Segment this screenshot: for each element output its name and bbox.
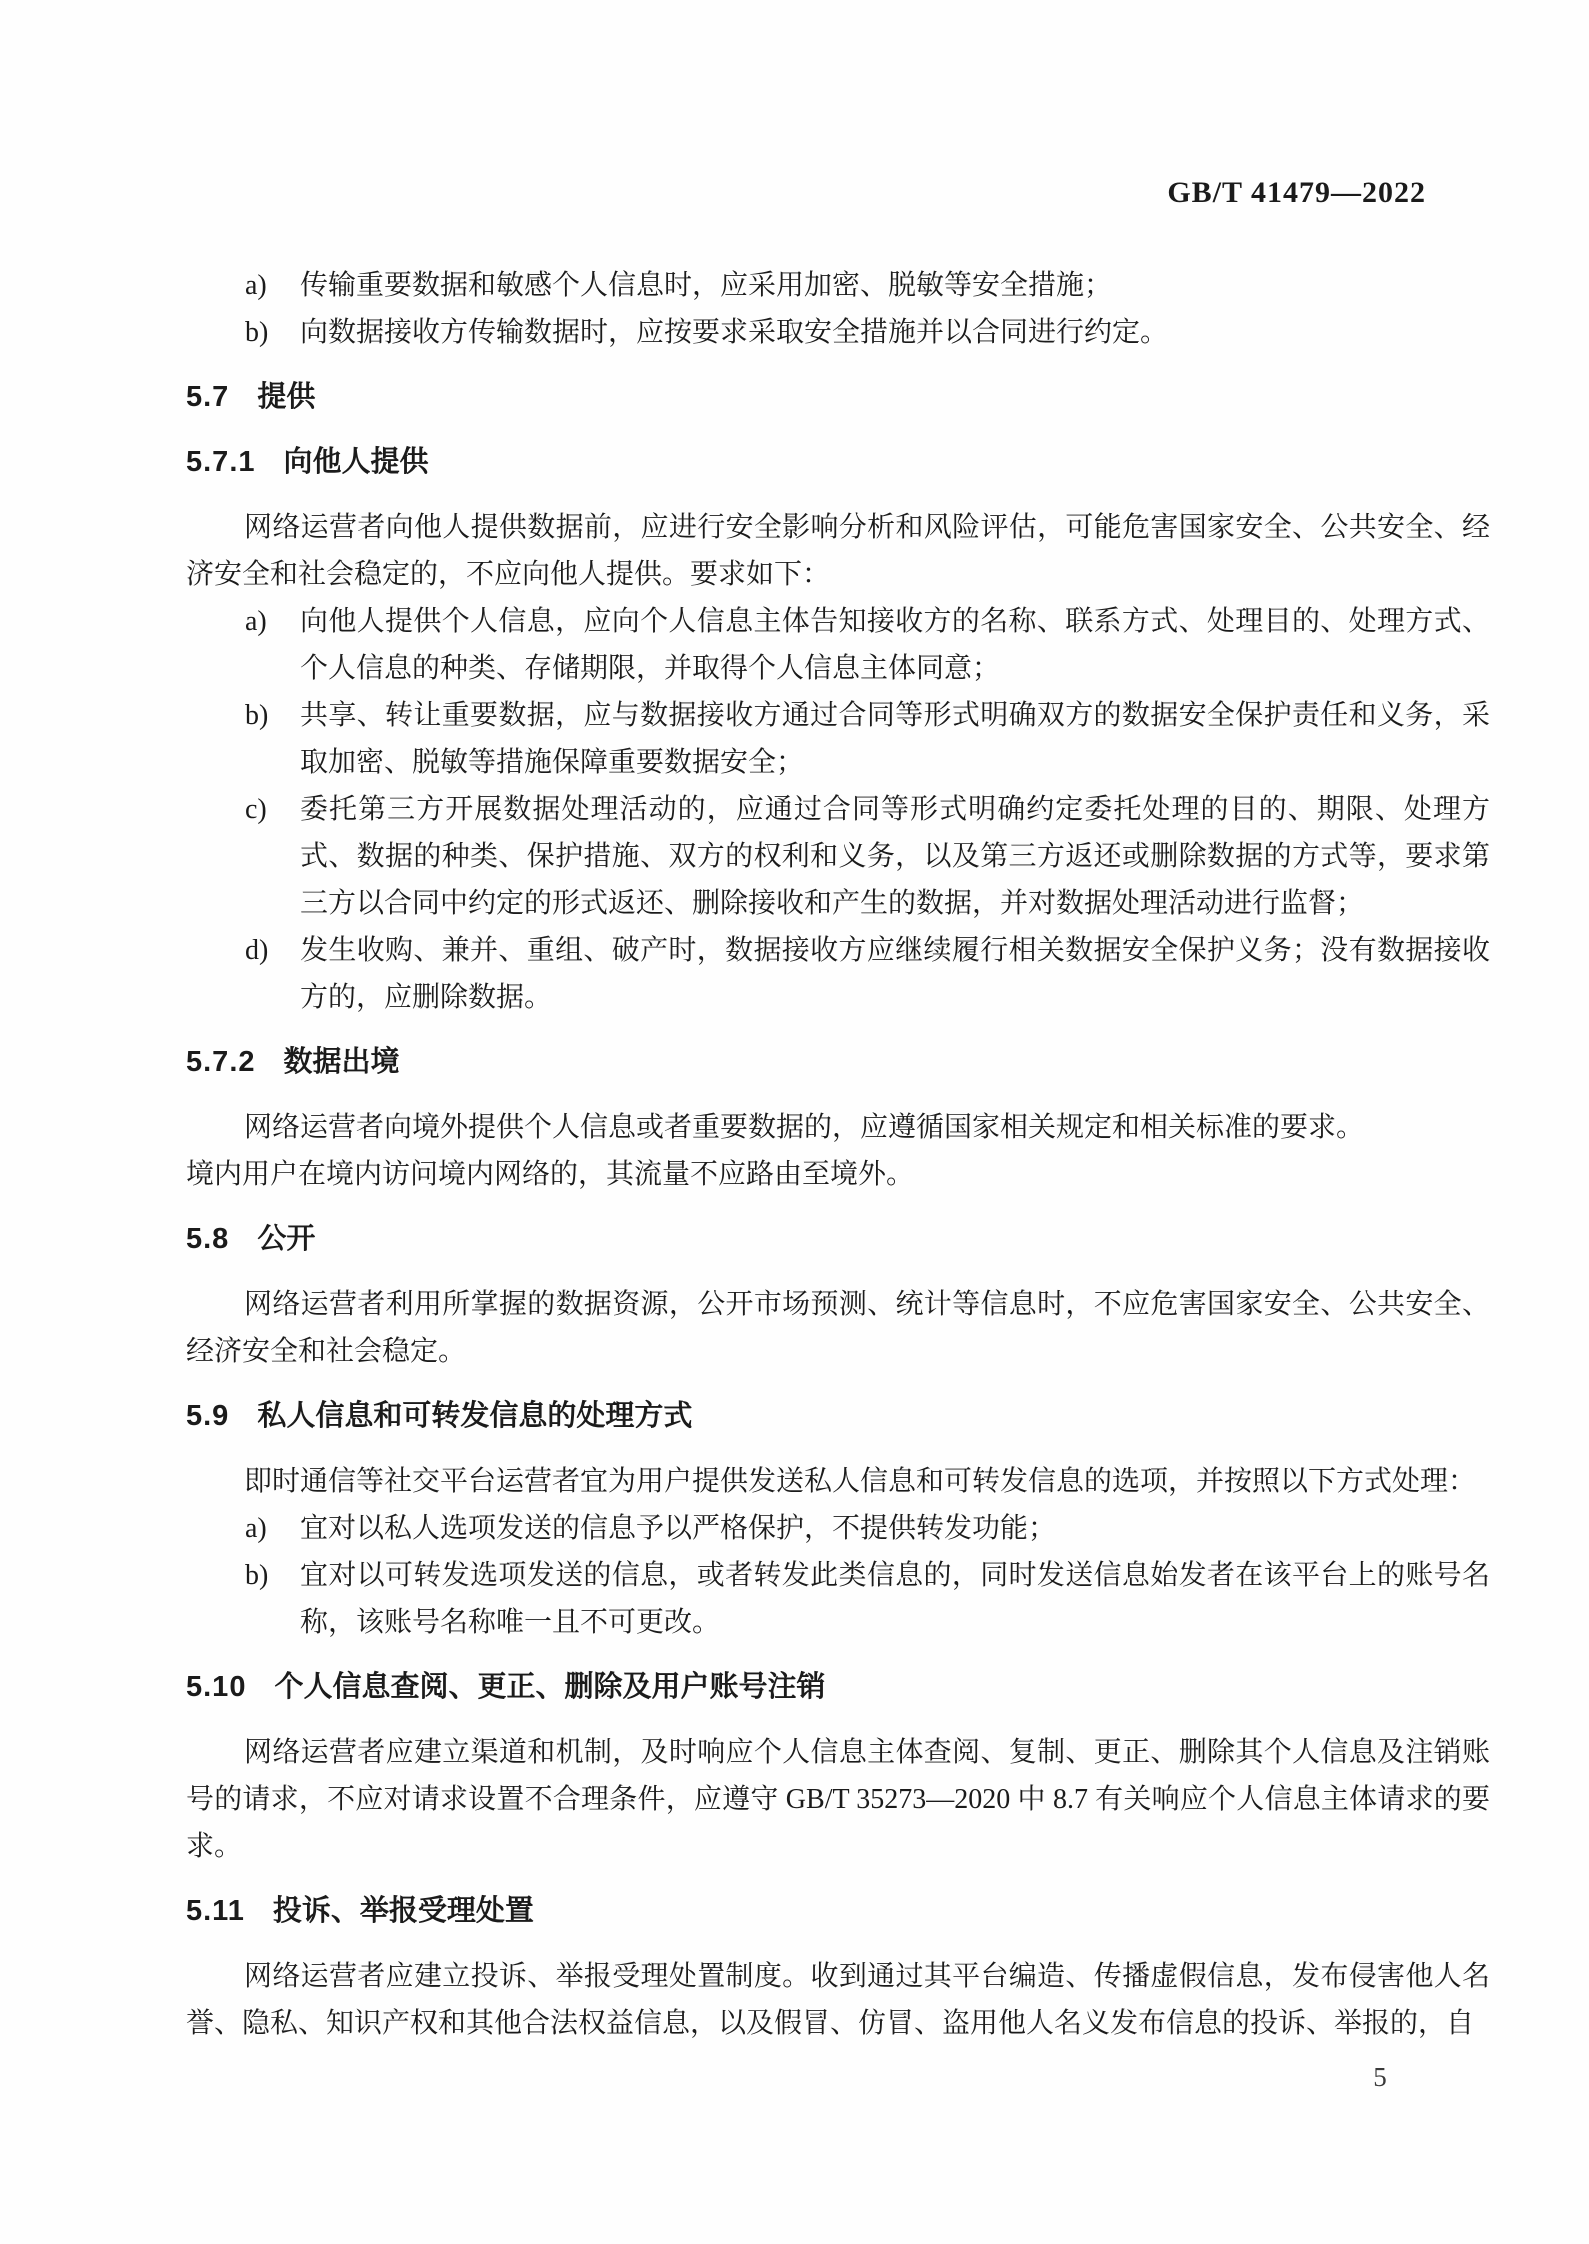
standard-number-header: GB/T 41479—2022 [186,176,1426,210]
list-item-label: c) [245,786,267,833]
list-item: b) 共享、转让重要数据，应与数据接收方通过合同等形式明确双方的数据安全保护责任… [186,692,1490,786]
section-number: 5.7.2 [186,1039,256,1086]
section-title: 数据出境 [284,1046,400,1078]
section-number: 5.9 [186,1393,229,1440]
page-number: 5 [1345,2062,1415,2093]
heading-5-9: 5.9私人信息和可转发信息的处理方式 [186,1393,1490,1440]
list-item-text: 宜对以可转发选项发送的信息，或者转发此类信息的，同时发送信息始发者在该平台上的账… [300,1560,1490,1638]
list-item: a) 向他人提供个人信息，应向个人信息主体告知接收方的名称、联系方式、处理目的、… [186,598,1490,692]
heading-5-11: 5.11投诉、举报受理处置 [186,1888,1490,1935]
page-body: a) 传输重要数据和敏感个人信息时，应采用加密、脱敏等安全措施； b) 向数据接… [186,262,1490,2047]
paragraph: 境内用户在境内访问境内网络的，其流量不应路由至境外。 [186,1151,1490,1198]
list-item-label: d) [245,927,268,974]
list-item: a) 传输重要数据和敏感个人信息时，应采用加密、脱敏等安全措施； [186,262,1490,309]
list-item-label: b) [245,692,268,739]
list-item-label: b) [245,309,268,356]
list-item: d) 发生收购、兼并、重组、破产时，数据接收方应继续履行相关数据安全保护义务；没… [186,927,1490,1021]
paragraph: 即时通信等社交平台运营者宜为用户提供发送私人信息和可转发信息的选项，并按照以下方… [186,1458,1490,1505]
heading-5-7: 5.7提供 [186,374,1490,421]
list-item-label: b) [245,1552,268,1599]
list-item: a) 宜对以私人选项发送的信息予以严格保护，不提供转发功能； [186,1505,1490,1552]
section-title: 公开 [257,1223,315,1255]
heading-5-8: 5.8公开 [186,1216,1490,1263]
list-item-text: 发生收购、兼并、重组、破产时，数据接收方应继续履行相关数据安全保护义务；没有数据… [300,935,1490,1013]
list-item: b) 宜对以可转发选项发送的信息，或者转发此类信息的，同时发送信息始发者在该平台… [186,1552,1490,1646]
list-item-label: a) [245,262,267,309]
paragraph: 网络运营者应建立投诉、举报受理处置制度。收到通过其平台编造、传播虚假信息，发布侵… [186,1953,1490,2047]
paragraph: 网络运营者利用所掌握的数据资源，公开市场预测、统计等信息时，不应危害国家安全、公… [186,1281,1490,1375]
list-item: c) 委托第三方开展数据处理活动的，应通过合同等形式明确约定委托处理的目的、期限… [186,786,1490,927]
section-number: 5.7.1 [186,439,256,486]
list-item-text: 委托第三方开展数据处理活动的，应通过合同等形式明确约定委托处理的目的、期限、处理… [300,794,1490,919]
document-page: GB/T 41479—2022 a) 传输重要数据和敏感个人信息时，应采用加密、… [0,0,1589,2244]
section-title: 向他人提供 [284,446,429,478]
list-item-text: 向数据接收方传输数据时，应按要求采取安全措施并以合同进行约定。 [300,317,1168,348]
list-item-text: 向他人提供个人信息，应向个人信息主体告知接收方的名称、联系方式、处理目的、处理方… [300,606,1490,684]
section-number: 5.10 [186,1664,246,1711]
list-item-label: a) [245,598,267,645]
heading-5-7-1: 5.7.1向他人提供 [186,439,1490,486]
section-number: 5.11 [186,1888,245,1935]
heading-5-10: 5.10个人信息查阅、更正、删除及用户账号注销 [186,1664,1490,1711]
paragraph: 网络运营者应建立渠道和机制，及时响应个人信息主体查阅、复制、更正、删除其个人信息… [186,1729,1490,1870]
section-title: 投诉、举报受理处置 [273,1895,534,1927]
list-item-text: 宜对以私人选项发送的信息予以严格保护，不提供转发功能； [300,1513,1056,1544]
paragraph: 网络运营者向境外提供个人信息或者重要数据的，应遵循国家相关规定和相关标准的要求。 [186,1104,1490,1151]
section-title: 个人信息查阅、更正、删除及用户账号注销 [274,1671,825,1703]
section-number: 5.7 [186,374,229,421]
list-item-text: 传输重要数据和敏感个人信息时，应采用加密、脱敏等安全措施； [300,270,1112,301]
section-number: 5.8 [186,1216,229,1263]
section-title: 私人信息和可转发信息的处理方式 [257,1400,692,1432]
list-item-label: a) [245,1505,267,1552]
list-item: b) 向数据接收方传输数据时，应按要求采取安全措施并以合同进行约定。 [186,309,1490,356]
heading-5-7-2: 5.7.2数据出境 [186,1039,1490,1086]
list-item-text: 共享、转让重要数据，应与数据接收方通过合同等形式明确双方的数据安全保护责任和义务… [300,700,1490,778]
paragraph: 网络运营者向他人提供数据前，应进行安全影响分析和风险评估，可能危害国家安全、公共… [186,504,1490,598]
section-title: 提供 [257,381,315,413]
